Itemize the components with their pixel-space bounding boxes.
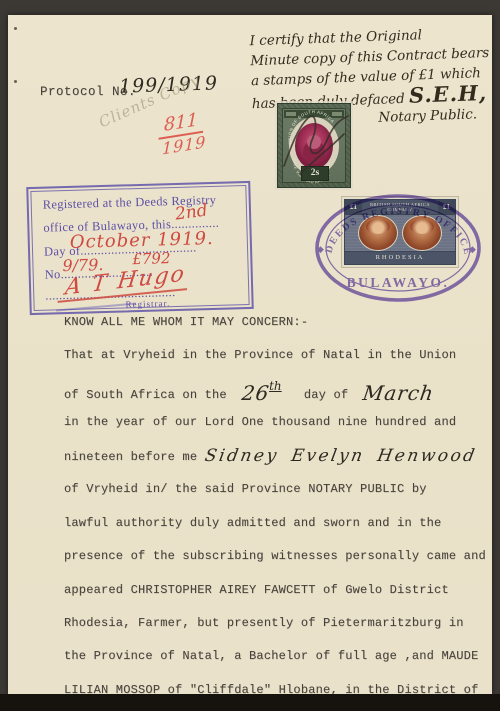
scan-bottom-edge <box>0 694 500 711</box>
cancel-diamond-right: ◆ <box>469 244 476 254</box>
document-line: Rhodesia, Farmer, but presently of Piete… <box>64 607 484 640</box>
pinhole <box>14 27 17 30</box>
typed-text: That at Vryheid in the Province of Natal… <box>64 348 456 362</box>
cancel-arc-text: DEEDS REGISTRY OFFICE <box>324 206 473 257</box>
typed-text: Rhodesia, Farmer, but presently of Piete… <box>64 616 464 630</box>
document-line: of South Africa on the 26th day of March <box>64 373 484 406</box>
document-line: of Vryheid in/ the said Province NOTARY … <box>64 473 484 506</box>
document-body: KNOW ALL ME WHOM IT MAY CONCERN:-That at… <box>64 306 484 707</box>
typed-text: the Province of Natal, a Bachelor of ful… <box>64 649 478 663</box>
registry-day-handwritten: 2nd <box>174 200 209 224</box>
typed-text: of Vryheid in/ the said Province NOTARY … <box>64 482 427 496</box>
cancel-diamond-left: ◆ <box>317 244 324 254</box>
cancel-city-text: BULAWAYO. <box>347 275 450 290</box>
typed-text: presence of the subscribing witnesses pe… <box>64 549 486 563</box>
typed-text: KNOW ALL ME WHOM IT MAY CONCERN:- <box>64 315 308 329</box>
typed-text: nineteen before me <box>64 450 205 464</box>
document-line: lawful authority duly admitted and sworn… <box>64 507 484 540</box>
typed-text: day of <box>282 388 363 402</box>
document-line: presence of the subscribing witnesses pe… <box>64 540 484 573</box>
typed-text: of South Africa on the <box>64 388 242 402</box>
red-filing-number: 811 1919 <box>157 109 208 158</box>
registrar-title: Registrar. <box>125 298 170 309</box>
typed-text: lawful authority duly admitted and sworn… <box>64 516 441 530</box>
handwritten-text: Sidney Evelyn Henwood <box>203 446 478 466</box>
scanned-document-page: Protocol No. 199/1919 Clients Copy I cer… <box>0 0 500 711</box>
handwritten-text: 26 <box>240 381 271 405</box>
typed-text: in the year of our Lord One thousand nin… <box>64 415 456 429</box>
document-line: That at Vryheid in the Province of Natal… <box>64 339 484 372</box>
handwritten-text: March <box>361 381 435 405</box>
document-line: in the year of our Lord One thousand nin… <box>64 406 484 439</box>
pinhole <box>14 80 17 83</box>
oval-cancel-stamp: DEEDS REGISTRY OFFICE BULAWAYO. ◆ ◆ <box>311 191 485 305</box>
svg-text:DEEDS REGISTRY OFFICE: DEEDS REGISTRY OFFICE <box>324 206 473 257</box>
document-line: nineteen before me Sidney Evelyn Henwood <box>64 440 484 473</box>
typed-text: appeared CHRISTOPHER AIREY FAWCETT of Gw… <box>64 583 449 597</box>
revenue-stamp-2s: UNION OF SOUTH AFRICA UNIE VAN ZUID AFRI… <box>277 103 351 188</box>
document-line: the Province of Natal, a Bachelor of ful… <box>64 640 484 673</box>
deeds-registry-stamp: Registered at the Deeds Registry office … <box>26 181 253 315</box>
document-line: appeared CHRISTOPHER AIREY FAWCETT of Gw… <box>64 574 484 607</box>
pen-cancel-scrawl <box>278 104 358 192</box>
